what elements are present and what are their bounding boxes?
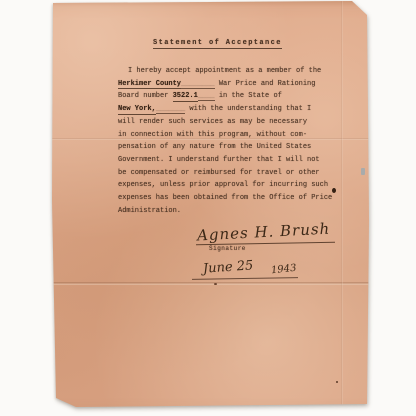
body-line: expenses has been obtained from the Offi…	[118, 192, 354, 205]
signature-handwriting: Agnes H. Brush	[197, 220, 331, 245]
text-segment: 3522.1	[173, 92, 198, 102]
text-segment: Government. I understand further that I …	[118, 156, 320, 164]
text-segment: in the State of	[215, 92, 282, 100]
text-segment: Board number	[118, 92, 173, 100]
date-line	[192, 277, 298, 280]
signature-label: Signature	[209, 245, 246, 252]
document-title: Statement of Acceptance	[153, 39, 282, 49]
body-line: Administration.	[118, 205, 354, 218]
body-line: pensation of any nature from the United …	[118, 141, 354, 154]
text-segment: ________	[181, 80, 215, 89]
text-segment: _______	[156, 105, 185, 114]
body-line: in connection with this program, without…	[118, 129, 354, 142]
text-segment: will render such services as may be nece…	[118, 118, 307, 126]
paper-shadow: Statement of Acceptance I hereby accept …	[0, 0, 416, 416]
text-segment: pensation of any nature from the United …	[118, 143, 311, 151]
text-segment: expenses, unless prior approval for incu…	[118, 181, 328, 189]
body-line: be compensated or reimbursed for travel …	[118, 167, 354, 180]
text-segment: with the understanding that I	[185, 105, 311, 113]
body-line: Government. I understand further that I …	[118, 154, 354, 167]
body-line: Herkimer County________ War Price and Ra…	[118, 78, 354, 91]
year-handwriting: 1943	[270, 263, 296, 277]
text-segment: War Price and Rationing	[215, 80, 316, 88]
text-segment: in connection with this program, without…	[118, 131, 307, 139]
body-line: Board number 3522.1____ in the State of	[118, 90, 354, 103]
text-segment: New York,	[118, 105, 156, 115]
document-paper: Statement of Acceptance I hereby accept …	[0, 0, 416, 416]
body-line: will render such services as may be nece…	[118, 116, 354, 129]
text-segment: I hereby accept appointment as a member …	[118, 67, 321, 75]
date-handwriting: June 25	[203, 258, 254, 276]
text-segment: be compensated or reimbursed for travel …	[118, 169, 320, 177]
photo-background: Statement of Acceptance I hereby accept …	[0, 0, 416, 416]
text-segment: Administration.	[118, 207, 181, 215]
body-line: I hereby accept appointment as a member …	[118, 65, 354, 78]
body-line: New York,_______ with the understanding …	[118, 103, 354, 116]
text-segment: expenses has been obtained from the Offi…	[118, 194, 332, 202]
text-segment: Herkimer County	[118, 80, 181, 90]
document-body: I hereby accept appointment as a member …	[118, 65, 354, 217]
text-segment: ____	[198, 92, 215, 101]
document-content: Statement of Acceptance I hereby accept …	[0, 0, 416, 416]
body-line: expenses, unless prior approval for incu…	[118, 179, 354, 192]
